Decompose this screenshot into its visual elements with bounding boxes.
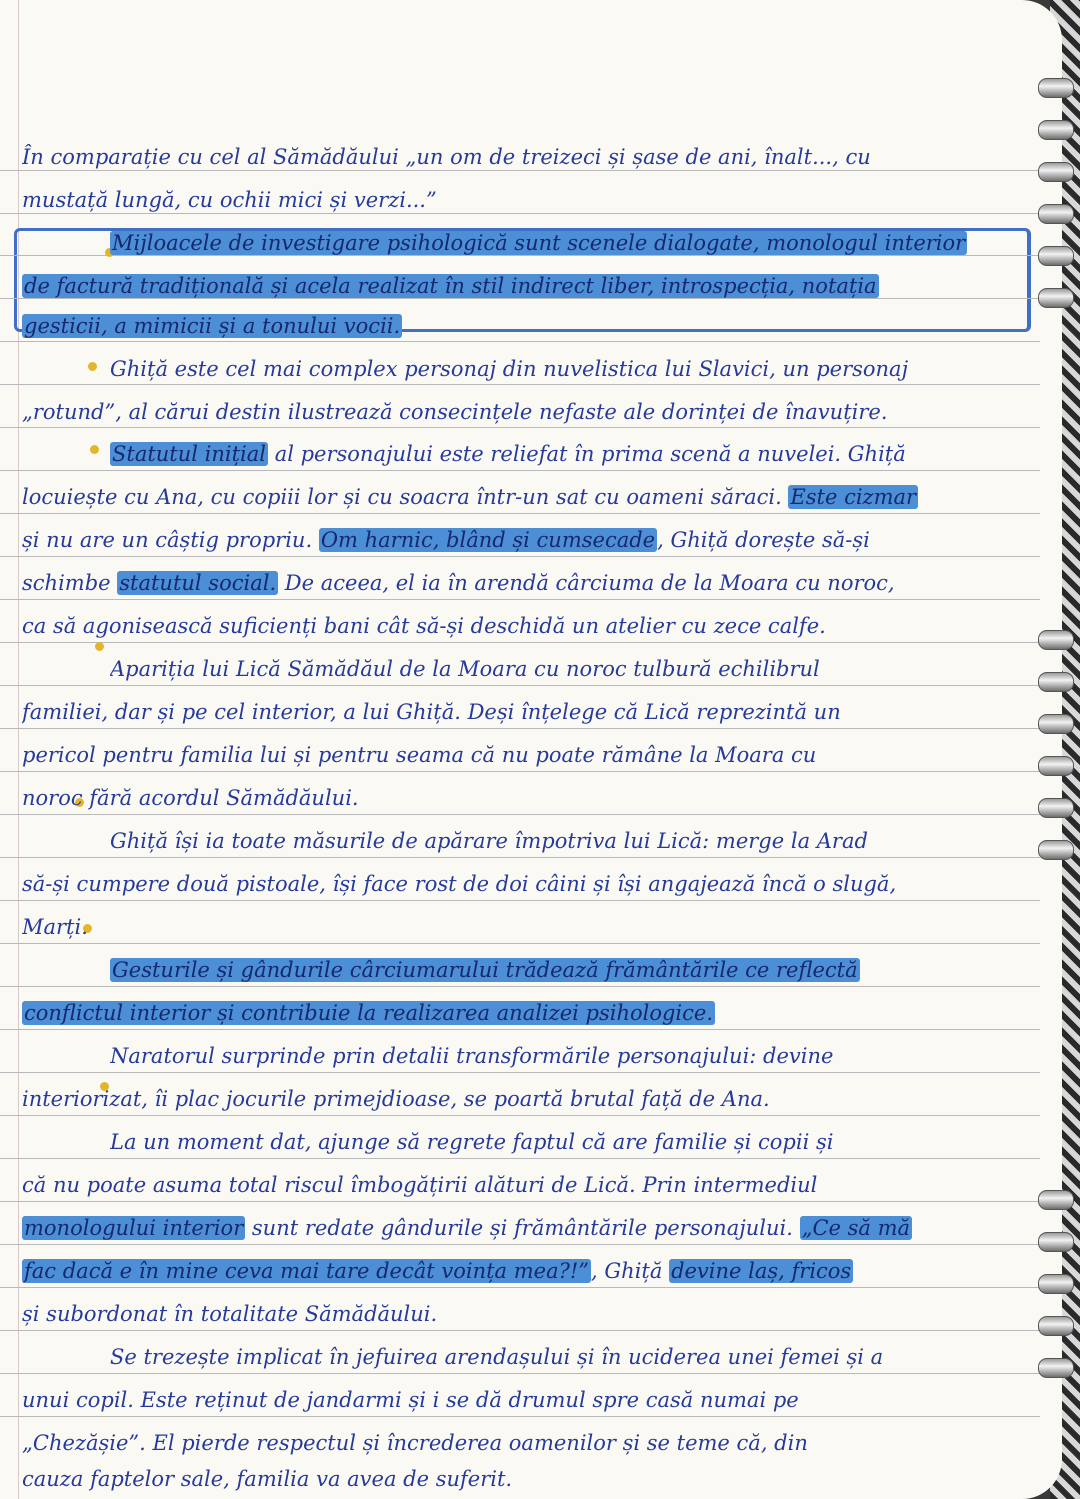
ruled-line	[0, 513, 1040, 514]
ruled-line	[0, 900, 1040, 901]
spiral-ring	[1038, 756, 1074, 776]
text-line: Naratorul surprinde prin detalii transfo…	[110, 1042, 1022, 1070]
spiral-ring	[1038, 120, 1074, 140]
bullet-dot	[95, 642, 104, 651]
text-line: Apariția lui Lică Sămădăul de la Moara c…	[110, 655, 1022, 683]
ruled-line	[0, 556, 1040, 557]
ruled-line	[0, 470, 1040, 471]
spiral-ring	[1038, 1358, 1074, 1378]
ruled-line	[0, 384, 1040, 385]
text-line: schimbe statutul social. De aceea, el ia…	[22, 569, 1022, 597]
text-line: ca să agonisească suficienți bani cât să…	[22, 612, 1022, 640]
text-line: monologului interior sunt redate gânduri…	[22, 1214, 1022, 1242]
ruled-line	[0, 1244, 1040, 1245]
bullet-dot	[90, 445, 99, 454]
spiral-ring	[1038, 714, 1074, 734]
text-line: familiei, dar și pe cel interior, a lui …	[22, 698, 1022, 726]
text-line: interiorizat, îi plac jocurile primejdio…	[22, 1085, 1022, 1113]
ruled-line	[0, 857, 1040, 858]
text-line: să-și cumpere două pistoale, își face ro…	[22, 870, 1022, 898]
text-line: unui copil. Este reținut de jandarmi și …	[22, 1386, 1022, 1414]
text-line: cauza faptelor sale, familia va avea de …	[22, 1465, 1022, 1493]
ruled-line	[0, 1072, 1040, 1073]
text-line-highlighted: de factură tradițională și acela realiza…	[22, 272, 1022, 300]
text-line-highlighted: gesticii, a mimicii și a tonului vocii.	[22, 312, 1022, 340]
text-line: Statutul inițial al personajului este re…	[110, 440, 1022, 468]
text-line-highlighted: Mijloacele de investigare psihologică su…	[110, 229, 1022, 257]
text-line: și subordonat în totalitate Sămădăului.	[22, 1300, 1022, 1328]
text-line: Marți.	[22, 913, 1022, 941]
text-line: Ghiță este cel mai complex personaj din …	[110, 355, 1022, 383]
ruled-line	[0, 427, 1040, 428]
text-line-highlighted: Gesturile și gândurile cârciumarului tră…	[110, 956, 1022, 984]
ruled-line	[0, 1115, 1040, 1116]
ruled-line	[0, 986, 1040, 987]
spiral-ring	[1038, 672, 1074, 692]
margin-line	[18, 0, 19, 1499]
ruled-line	[0, 685, 1040, 686]
text-line: locuiește cu Ana, cu copiii lor și cu so…	[22, 483, 1022, 511]
text-line: „Chezășie”. El pierde respectul și încre…	[22, 1429, 1022, 1457]
text-line-highlighted: conflictul interior și contribuie la rea…	[22, 999, 1022, 1027]
ruled-line	[0, 1330, 1040, 1331]
text-line: Ghiță își ia toate măsurile de apărare î…	[110, 827, 1022, 855]
ruled-line	[0, 1416, 1040, 1417]
text-line: mustață lungă, cu ochii mici și verzi...…	[22, 186, 1022, 214]
ruled-line	[0, 943, 1040, 944]
ruled-line	[0, 341, 1040, 342]
spiral-ring	[1038, 840, 1074, 860]
text-line: că nu poate asuma total riscul îmbogățir…	[22, 1171, 1022, 1199]
text-line: fac dacă e în mine ceva mai tare decât v…	[22, 1257, 1022, 1285]
text-line: pericol pentru familia lui și pentru sea…	[22, 741, 1022, 769]
text-line: „rotund”, al cărui destin ilustrează con…	[22, 398, 1022, 426]
spiral-ring	[1038, 204, 1074, 224]
spiral-ring	[1038, 288, 1074, 308]
text-line: și nu are un câștig propriu. Om harnic, …	[22, 526, 1022, 554]
spiral-ring	[1038, 78, 1074, 98]
text-line: Se trezește implicat în jefuirea arendaș…	[110, 1343, 1022, 1371]
ruled-line	[0, 599, 1040, 600]
spiral-ring	[1038, 162, 1074, 182]
text-line: La un moment dat, ajunge să regrete fapt…	[110, 1128, 1022, 1156]
ruled-line	[0, 814, 1040, 815]
ruled-line	[0, 1287, 1040, 1288]
text-line: noroc fără acordul Sămădăului.	[22, 784, 1022, 812]
ruled-line	[0, 728, 1040, 729]
spiral-ring	[1038, 1232, 1074, 1252]
spiral-ring	[1038, 798, 1074, 818]
ruled-line	[0, 1373, 1040, 1374]
spiral-ring	[1038, 246, 1074, 266]
spiral-ring	[1038, 1316, 1074, 1336]
spiral-ring	[1038, 1274, 1074, 1294]
spiral-ring	[1038, 630, 1074, 650]
ruled-line	[0, 1158, 1040, 1159]
ruled-line	[0, 1029, 1040, 1030]
spiral-ring	[1038, 1190, 1074, 1210]
notebook-page: În comparație cu cel al Sămădăului „un o…	[0, 0, 1062, 1499]
ruled-line	[0, 771, 1040, 772]
ruled-line	[0, 1201, 1040, 1202]
bullet-dot	[88, 362, 97, 371]
text-line: În comparație cu cel al Sămădăului „un o…	[22, 143, 1022, 171]
ruled-line	[0, 642, 1040, 643]
